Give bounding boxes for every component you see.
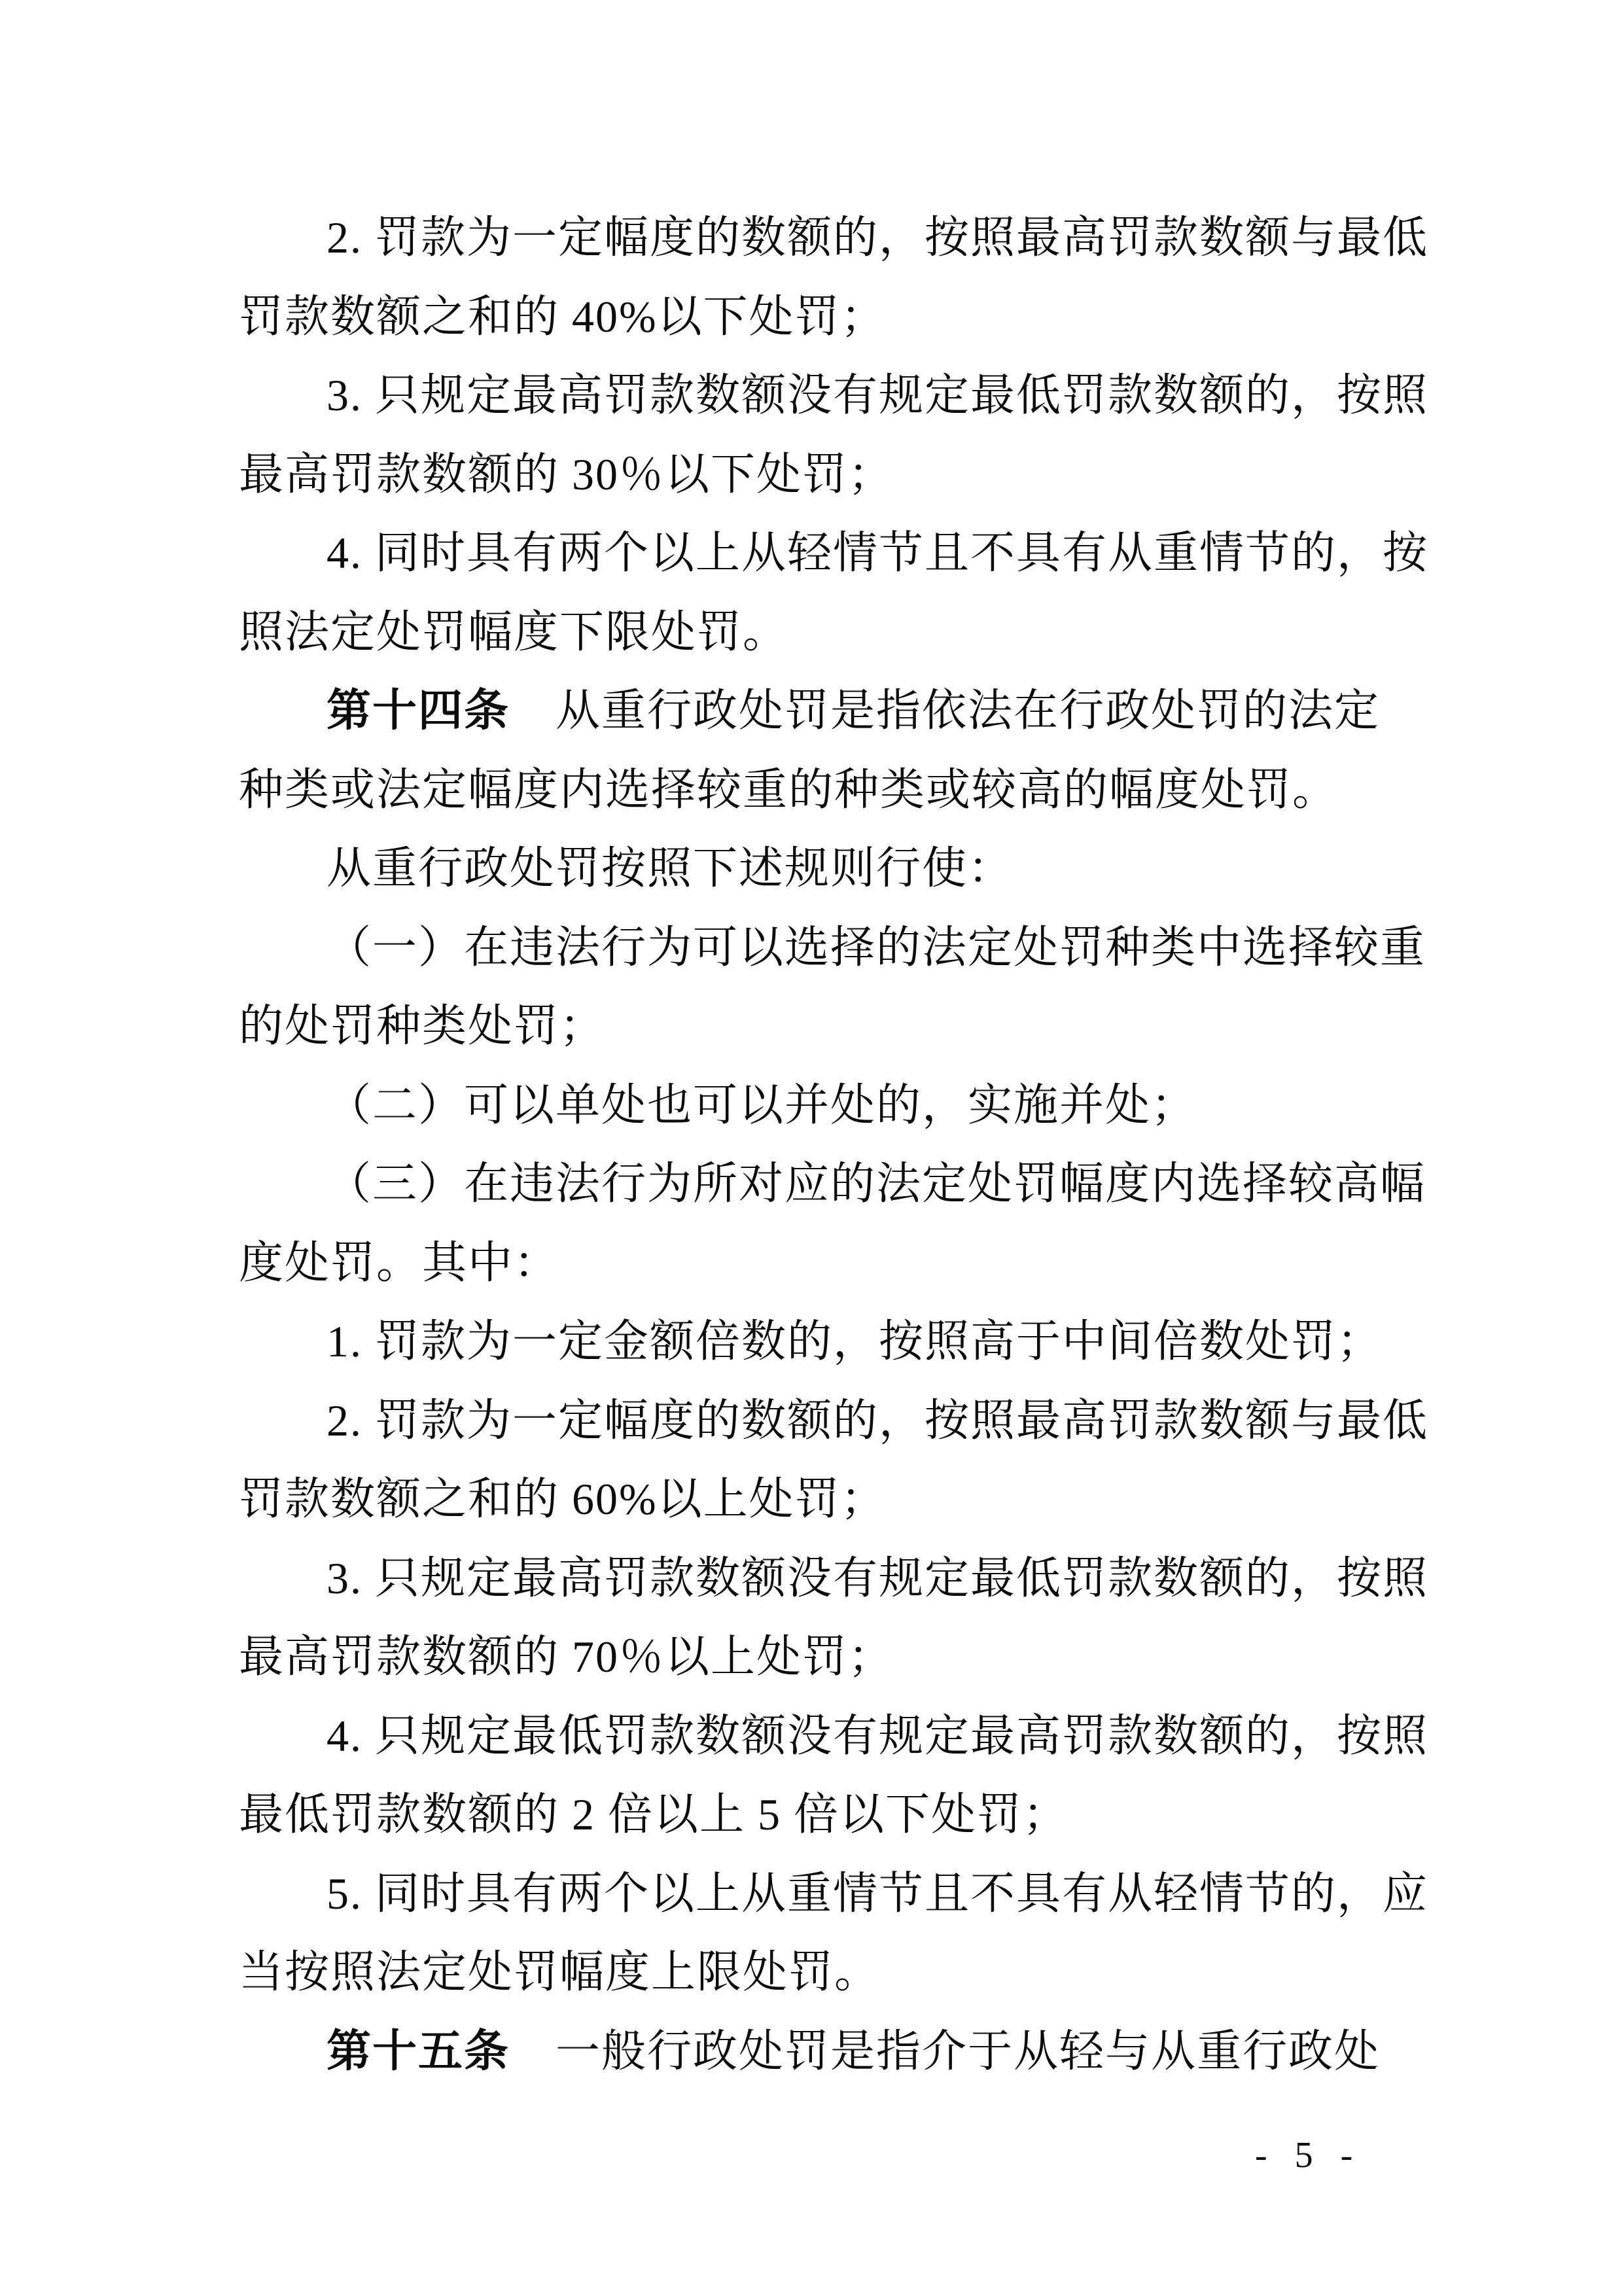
page-number: - 5 -: [1255, 2134, 1362, 2176]
paragraph-line: （一）在违法行为可以选择的法定处罚种类中选择较重: [239, 908, 1417, 987]
article-14-heading: 第十四条: [327, 686, 510, 735]
paragraph-line: 1. 罚款为一定金额倍数的，按照高于中间倍数处罚；: [239, 1302, 1417, 1381]
paragraph-line: 4. 只规定最低罚款数额没有规定最高罚款数额的，按照: [239, 1697, 1417, 1776]
document-body: 2. 罚款为一定幅度的数额的，按照最高罚款数额与最低 罚款数额之和的 40%以下…: [239, 198, 1417, 2091]
paragraph-line: 种类或法定幅度内选择较重的种类或较高的幅度处罚。: [239, 750, 1417, 830]
paragraph-line: 5. 同时具有两个以上从重情节且不具有从轻情节的，应: [239, 1854, 1417, 1933]
paragraph-line: 罚款数额之和的 40%以下处罚；: [239, 277, 1417, 357]
paragraph-line: 最高罚款数额的 30％以下处罚；: [239, 435, 1417, 514]
article-15-text: 一般行政处罚是指介于从轻与从重行政处: [510, 2026, 1380, 2076]
paragraph-line: 当按照法定处罚幅度上限处罚。: [239, 1933, 1417, 2012]
paragraph-line: 罚款数额之和的 60%以上处罚；: [239, 1460, 1417, 1539]
paragraph-line: 的处罚种类处罚；: [239, 987, 1417, 1066]
scan-speck: [489, 459, 494, 464]
paragraph-line: 2. 罚款为一定幅度的数额的，按照最高罚款数额与最低: [239, 1381, 1417, 1460]
article-14-line: 第十四条 从重行政处罚是指依法在行政处罚的法定: [239, 671, 1417, 750]
document-page: 2. 罚款为一定幅度的数额的，按照最高罚款数额与最低 罚款数额之和的 40%以下…: [0, 0, 1624, 2294]
paragraph-line: 最低罚款数额的 2 倍以上 5 倍以下处罚；: [239, 1775, 1417, 1854]
paragraph-line: （二）可以单处也可以并处的，实施并处；: [239, 1066, 1417, 1145]
paragraph-line: 3. 只规定最高罚款数额没有规定最低罚款数额的，按照: [239, 356, 1417, 435]
paragraph-line: 4. 同时具有两个以上从轻情节且不具有从重情节的，按: [239, 514, 1417, 593]
paragraph-line: 度处罚。其中：: [239, 1224, 1417, 1303]
paragraph-line: 最高罚款数额的 70％以上处罚；: [239, 1617, 1417, 1697]
paragraph-line: 从重行政处罚按照下述规则行使：: [239, 829, 1417, 908]
paragraph-line: （三）在违法行为所对应的法定处罚幅度内选择较高幅: [239, 1144, 1417, 1224]
article-14-text: 从重行政处罚是指依法在行政处罚的法定: [510, 686, 1380, 735]
article-15-line: 第十五条 一般行政处罚是指介于从轻与从重行政处: [239, 2012, 1417, 2091]
paragraph-line: 3. 只规定最高罚款数额没有规定最低罚款数额的，按照: [239, 1539, 1417, 1618]
paragraph-line: 2. 罚款为一定幅度的数额的，按照最高罚款数额与最低: [239, 198, 1417, 277]
paragraph-line: 照法定处罚幅度下限处罚。: [239, 593, 1417, 672]
article-15-heading: 第十五条: [327, 2026, 510, 2076]
